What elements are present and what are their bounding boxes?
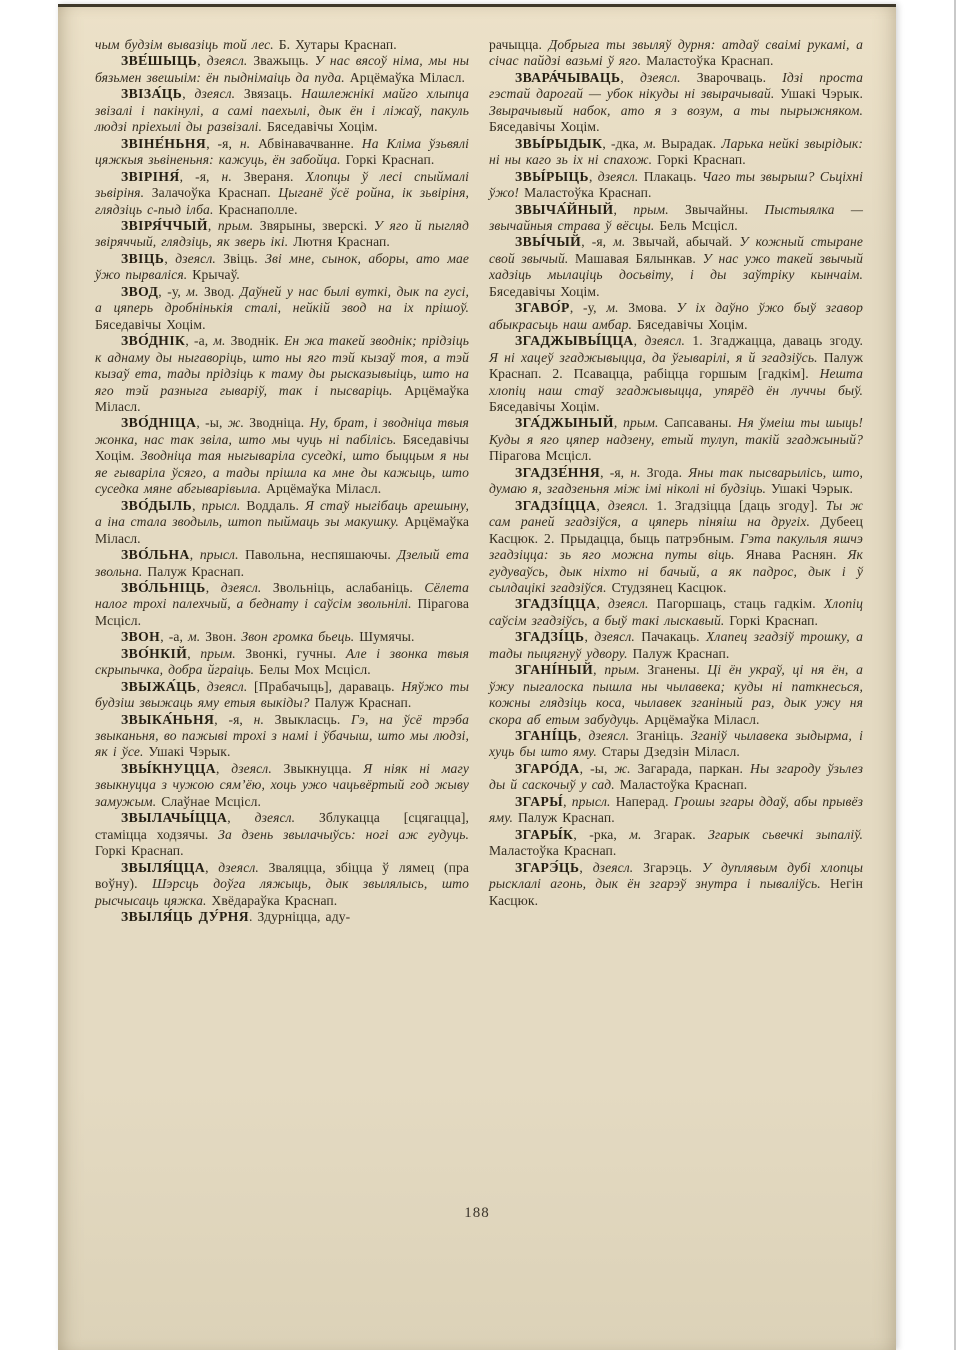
definition-text: , xyxy=(197,53,207,68)
definition-text: , xyxy=(205,860,218,875)
definition-text: Зважыць. xyxy=(247,53,314,68)
book-page: чым будзім вывазіць той лес. Б. Хутары К… xyxy=(58,4,896,1350)
example-text: дзеясл. xyxy=(608,498,649,513)
dictionary-entry: ЗВО́ДНІЦА, -ы, ж. Зводніца. Ну, брат, і … xyxy=(95,415,469,497)
example-text: прым. xyxy=(633,202,668,217)
definition-text: Горкі Краснап. xyxy=(95,843,184,858)
definition-text: Палуж Краснап. xyxy=(518,810,615,825)
definition-text: Звычай, абычай. xyxy=(625,234,739,249)
definition-text: , -дка, xyxy=(602,136,644,151)
headword: ЗВІЗА́ЦЬ xyxy=(121,86,182,101)
dictionary-entry: ЗВЫ́РЫЦЬ, дзеясл. Плакаць. Чаго ты звыры… xyxy=(489,169,863,202)
definition-text: , xyxy=(593,662,604,677)
definition-text: , xyxy=(187,646,200,661)
headword: ЗГАВО́Р xyxy=(515,300,570,315)
definition-text: Абвінавачванне. xyxy=(250,136,362,151)
dictionary-entry: ЗВО́ЛЬНА, прысл. Павольна, неспяшаючы. Д… xyxy=(95,547,469,580)
headword: ЗВІНЕ́НЬНЯ xyxy=(121,136,206,151)
headword: ЗВО́ЛЬНА xyxy=(121,547,190,562)
definition-text: Загарада, паркан. xyxy=(631,761,750,776)
definition-text: Арцёмаўка Міласл. xyxy=(350,70,465,85)
dictionary-entry: ЗВЫКА́НЬНЯ, -я, н. Звыкласць. Гэ, на ўсё… xyxy=(95,712,469,761)
definition-text: , -я, xyxy=(600,465,630,480)
definition-text: Лютня Краснап. xyxy=(293,234,390,249)
definition-text: , -а, xyxy=(160,629,188,644)
headword: ЗГАРЭ́ЦЬ xyxy=(515,860,579,875)
dictionary-entry: ЗГАРО́ДА, -ы, ж. Загарада, паркан. Ны зг… xyxy=(489,761,863,794)
definition-text: Звярыны, зверскі. xyxy=(253,218,374,233)
definition-text: , -рка, xyxy=(573,827,629,842)
definition-text: Ушакі Чэрык. xyxy=(148,744,230,759)
example-text: дзеясл. xyxy=(593,860,634,875)
example-text: дзеясл. xyxy=(221,580,262,595)
definition-text: Згарак. xyxy=(641,827,708,842)
example-text: ж. xyxy=(228,415,244,430)
definition-text: 1. Згадзіцца [даць згоду]. xyxy=(648,498,825,513)
dictionary-entry: ЗГАРЫ́, прысл. Наперад. Грошы згары ддаў… xyxy=(489,794,863,827)
example-text: дзеясл. xyxy=(640,70,681,85)
definition-text: Пачакаць. xyxy=(635,629,706,644)
definition-text: , -ы, xyxy=(580,761,615,776)
page-number: 188 xyxy=(58,1205,896,1222)
dictionary-entry: ЗГАНІ́НЫЙ, прым. Зганены. Ці ён украў, ц… xyxy=(489,662,863,728)
headword: ЗВЕ́ШЫЦЬ xyxy=(121,53,197,68)
example-text: дзеясл. xyxy=(218,860,259,875)
headword: ЗГАДЗЕ́ННЯ xyxy=(515,465,600,480)
dictionary-entry: ЗВОН, -а, м. Звон. Звон громка бьець. Шу… xyxy=(95,629,469,645)
definition-text: Вырадак. xyxy=(656,136,721,151)
definition-text: Звыкнуцца. xyxy=(272,761,363,776)
dictionary-entry: ЗВО́ДНІК, -а, м. Зводнік. Ен жа такей зв… xyxy=(95,333,469,415)
example-text: м. xyxy=(613,234,625,249)
definition-text: , xyxy=(589,169,598,184)
headword: ЗГАДЖЫВЫ́ЦЦА xyxy=(515,333,634,348)
headword: ЗВЫЛЯ́ЦЬ ДУ́РНЯ xyxy=(121,909,249,924)
definition-text: Плакаць. xyxy=(638,169,701,184)
headword: ЗВО́ЛЬНІЦЬ xyxy=(121,580,206,595)
entry-continuation: чым будзім вывазіць той лес. Б. Хутары К… xyxy=(95,37,469,53)
definition-text: Згарэць. xyxy=(633,860,702,875)
headword: ЗВЫЧА́ЙНЫЙ xyxy=(515,202,614,217)
dictionary-entry: ЗВІЦЬ, дзеясл. Звіць. Зві мне, сынок, аб… xyxy=(95,251,469,284)
definition-text: , xyxy=(614,415,623,430)
example-text: н. xyxy=(221,169,231,184)
definition-text: Белы Мох Мсцісл. xyxy=(259,662,371,677)
headword: ЗВЫЛЯ́ЦЦА xyxy=(121,860,205,875)
headword: ЗВО́ДНІЦА xyxy=(121,415,196,430)
headword: ЗВІЦЬ xyxy=(121,251,164,266)
headword: ЗВО́НКІЙ xyxy=(121,646,187,661)
example-text: Я ні хацеў згаджывыцца, да ўгыварілі, я … xyxy=(489,350,824,365)
definition-text: Бяседавічы Хоцім. xyxy=(489,119,600,134)
example-text: прысл. xyxy=(200,547,239,562)
dictionary-entry: ЗВЫ́РЫДЫК, -дка, м. Вырадак. Ларька нейк… xyxy=(489,136,863,169)
example-text: м. xyxy=(213,333,225,348)
headword: ЗГАДЗІ́ЦЦА xyxy=(515,596,596,611)
definition-text: Звіць. xyxy=(216,251,265,266)
definition-text: Б. Хутары Краснап. xyxy=(279,37,397,52)
definition-text: , xyxy=(634,333,645,348)
example-text: дзеясл. xyxy=(598,169,639,184)
definition-text: , xyxy=(614,202,634,217)
entry-continuation: рачыцца. Добрыга ты звыляў дурня: атдаў … xyxy=(489,37,863,70)
definition-text: Зводнік. xyxy=(226,333,284,348)
definition-text: , xyxy=(190,547,200,562)
dictionary-entry: ЗВІРІНЯ́, -я, н. Звераня. Хлопцы ў лесі … xyxy=(95,169,469,218)
headword: ЗГАРЫ́ xyxy=(515,794,563,809)
definition-text: , xyxy=(206,580,221,595)
definition-text: , xyxy=(182,86,194,101)
definition-text: [Прабачыць], дараваць. xyxy=(247,679,401,694)
example-text: Звырачывый набок, ато я з возум, а ты пы… xyxy=(489,103,863,118)
text-columns: чым будзім вывазіць той лес. Б. Хутары К… xyxy=(95,37,863,925)
dictionary-entry: ЗВЫЧА́ЙНЫЙ, прым. Звычайны. Пыстыялка — … xyxy=(489,202,863,235)
definition-text: Звязаць. xyxy=(235,86,301,101)
headword: ЗВО́ДНІК xyxy=(121,333,185,348)
dictionary-entry: ЗВЫЛАЧЫ́ЦЦА, дзеясл. Зблукацца [сцягацца… xyxy=(95,810,469,859)
definition-text: , xyxy=(216,761,231,776)
headword: ЗГАНІ́ЦЬ xyxy=(515,728,578,743)
example-text: прысл. xyxy=(202,498,241,513)
definition-text: , xyxy=(620,70,640,85)
example-text: дзеясл. xyxy=(195,86,236,101)
example-text: Звон громка бьець. xyxy=(241,629,359,644)
definition-text: Звонкі, гучны. xyxy=(236,646,346,661)
headword: ЗВІРІНЯ́ xyxy=(121,169,180,184)
headword: ЗГАРЫ́К xyxy=(515,827,573,842)
definition-text: Зганіць. xyxy=(629,728,691,743)
definition-text: Зварочваць. xyxy=(681,70,783,85)
scanner-edge-line xyxy=(954,0,956,1350)
dictionary-entry: ЗГА́ДЖЫНЫЙ, прым. Сапсаваны. Ня ўмеіш ты… xyxy=(489,415,863,464)
example-text: м. xyxy=(629,827,641,842)
example-text: За дзень звылачыўсь: ногі аж гудуць. xyxy=(218,827,469,842)
definition-text: , -я, xyxy=(214,712,253,727)
definition-text: Хвёдараўка Краснап. xyxy=(211,893,337,908)
dictionary-entry: ЗГАВО́Р, -у, м. Змова. У іх даўно ўжо бы… xyxy=(489,300,863,333)
definition-text: Бель Мсцісл. xyxy=(659,218,737,233)
definition-text: Наперад. xyxy=(611,794,674,809)
dictionary-entry: ЗВЫ́КНУЦЦА, дзеясл. Звыкнуцца. Я ніяк ні… xyxy=(95,761,469,810)
headword: ЗВАРА́ЧЫВАЦЬ xyxy=(515,70,620,85)
example-text: прым. xyxy=(218,218,253,233)
dictionary-entry: ЗВО́НКІЙ, прым. Звонкі, гучны. Але і зво… xyxy=(95,646,469,679)
definition-text: Бяседавічы Хоцім. xyxy=(489,399,600,414)
dictionary-entry: ЗВОД, -у, м. Звод. Даўней у нас былі вут… xyxy=(95,284,469,333)
definition-text: , xyxy=(579,860,592,875)
definition-text: Павольна, неспяшаючы. xyxy=(239,547,398,562)
example-text: м. xyxy=(644,136,656,151)
example-text: ж. xyxy=(614,761,630,776)
headword: ЗВЫЖА́ЦЬ xyxy=(121,679,197,694)
headword: ЗГАНІ́НЫЙ xyxy=(515,662,593,677)
example-text: дзеясл. xyxy=(207,679,248,694)
definition-text: Палуж Краснап. xyxy=(147,564,244,579)
right-column: рачыцца. Добрыга ты звыляў дурня: атдаў … xyxy=(489,37,863,925)
example-text: Згарык сьвечкі зыпаліў. xyxy=(708,827,863,842)
definition-text: , xyxy=(596,596,608,611)
dictionary-entry: ЗГАРЭ́ЦЬ, дзеясл. Згарэць. У дуплявым ду… xyxy=(489,860,863,909)
definition-text: Зганены. xyxy=(640,662,708,677)
definition-text: Згода. xyxy=(641,465,689,480)
dictionary-entry: ЗВІРЯ́ЧЧЫЙ, прым. Звярыны, зверскі. У яг… xyxy=(95,218,469,251)
headword: ЗВЫЛАЧЫ́ЦЦА xyxy=(121,810,227,825)
example-text: м. xyxy=(606,300,618,315)
definition-text: Арцёмаўка Міласл. xyxy=(266,481,381,496)
definition-text: Краснаполле. xyxy=(218,202,297,217)
definition-text: , -у, xyxy=(158,284,186,299)
dictionary-entry: ЗВЫЖА́ЦЬ, дзеясл. [Прабачыць], дараваць.… xyxy=(95,679,469,712)
example-text: дзеясл. xyxy=(255,810,296,825)
definition-text: Пагоршаць, стаць гадкім. xyxy=(649,596,824,611)
definition-text: , -я, xyxy=(581,234,613,249)
headword: ЗВЫ́РЫЦЬ xyxy=(515,169,589,184)
definition-text: Бяседавічы Хоцім. xyxy=(95,317,206,332)
headword: ЗГАДЗІ́ЦЦА xyxy=(515,498,596,513)
definition-text: , -ы, xyxy=(196,415,227,430)
definition-text: Звераня. xyxy=(232,169,306,184)
definition-text: Шумячы. xyxy=(359,629,414,644)
left-column: чым будзім вывазіць той лес. Б. Хутары К… xyxy=(95,37,469,925)
definition-text: Горкі Краснап. xyxy=(657,152,746,167)
definition-text: Воддаль. xyxy=(240,498,305,513)
definition-text: 1. Згаджацца, даваць згоду. xyxy=(685,333,863,348)
headword: ЗВІРЯ́ЧЧЫЙ xyxy=(121,218,208,233)
definition-text: Студзянец Касцюк. xyxy=(612,580,727,595)
example-text: дзеясл. xyxy=(594,629,635,644)
dictionary-entry: ЗВІНЕ́НЬНЯ, -я, н. Абвінавачванне. На Кл… xyxy=(95,136,469,169)
definition-text: , -я, xyxy=(180,169,222,184)
definition-text: , xyxy=(584,629,594,644)
headword: ЗВЫКА́НЬНЯ xyxy=(121,712,214,727)
definition-text: Палуж Краснап. xyxy=(315,695,412,710)
definition-text: Машавая Бялынкав. xyxy=(575,251,703,266)
definition-text: Янава Раснян. xyxy=(746,547,848,562)
definition-text: , xyxy=(563,794,572,809)
headword: ЗГАРО́ДА xyxy=(515,761,580,776)
dictionary-entry: ЗВО́ЛЬНІЦЬ, дзеясл. Звольніць, аслабаніц… xyxy=(95,580,469,629)
dictionary-entry: ЗГАНІ́ЦЬ, дзеясл. Зганіць. Зганіў чылаве… xyxy=(489,728,863,761)
definition-text: , xyxy=(192,498,201,513)
definition-text: Маластоўка Краснап. xyxy=(489,843,616,858)
dictionary-entry: ЗВО́ДЫЛЬ, прысл. Воддаль. Я стаў ныгібац… xyxy=(95,498,469,547)
definition-text: , -у, xyxy=(570,300,607,315)
example-text: м. xyxy=(188,629,200,644)
example-text: дзеясл. xyxy=(207,53,248,68)
dictionary-entry: ЗГАРЫ́К, -рка, м. Згарак. Згарык сьвечкі… xyxy=(489,827,863,860)
definition-text: Бяседавічы Хоцім. xyxy=(267,119,378,134)
example-text: прым. xyxy=(623,415,658,430)
example-text: дзеясл. xyxy=(608,596,649,611)
definition-text: рачыцца. xyxy=(489,37,549,52)
definition-text: Залачоўка Краснап. xyxy=(152,185,279,200)
definition-text: , xyxy=(578,728,589,743)
example-text: н. xyxy=(630,465,640,480)
example-text: прым. xyxy=(604,662,639,677)
definition-text: Бяседавічы Хоцім. xyxy=(489,284,600,299)
scanned-dictionary-page: { "page": { "number": "188" }, "colors":… xyxy=(0,0,960,1350)
headword: ЗВОН xyxy=(121,629,160,644)
dictionary-entry: ЗВЫ́ЧЫЙ, -я, м. Звычай, абычай. У кожный… xyxy=(489,234,863,300)
dictionary-entry: ЗГАДЗІ́ЦЦА, дзеясл. Пагоршаць, стаць гад… xyxy=(489,596,863,629)
headword: ЗГАДЗІ́ЦЬ xyxy=(515,629,584,644)
definition-text: , -я, xyxy=(206,136,240,151)
definition-text: Маластоўка Краснап. xyxy=(524,185,651,200)
example-text: прысл. xyxy=(572,794,611,809)
definition-text: Горкі Краснап. xyxy=(346,152,435,167)
dictionary-entry: ЗГАДЖЫВЫ́ЦЦА, дзеясл. 1. Згаджацца, дава… xyxy=(489,333,863,415)
definition-text: , xyxy=(208,218,218,233)
dictionary-entry: ЗВАРА́ЧЫВАЦЬ, дзеясл. Зварочваць. Ідзі п… xyxy=(489,70,863,136)
definition-text: Зводніца. xyxy=(244,415,310,430)
headword: ЗВО́ДЫЛЬ xyxy=(121,498,192,513)
definition-text: , xyxy=(596,498,608,513)
definition-text: Змова. xyxy=(619,300,677,315)
example-text: м. xyxy=(186,284,198,299)
definition-text: Маластоўка Краснап. xyxy=(620,777,747,792)
definition-text: Звод. xyxy=(199,284,240,299)
definition-text: Палуж Краснап. xyxy=(633,646,730,661)
definition-text: Сапсаваны. xyxy=(658,415,737,430)
definition-text: , -а, xyxy=(185,333,213,348)
dictionary-entry: ЗГАДЗІ́ЦЦА, дзеясл. 1. Згадзіцца [даць з… xyxy=(489,498,863,597)
definition-text: Звычайны. xyxy=(669,202,765,217)
definition-text: . Здурніцца, аду- xyxy=(249,909,350,924)
definition-text: , xyxy=(197,679,207,694)
example-text: н. xyxy=(254,712,264,727)
example-text: прым. xyxy=(200,646,235,661)
headword: ЗВОД xyxy=(121,284,158,299)
headword: ЗВЫ́ЧЫЙ xyxy=(515,234,581,249)
example-text: дзеясл. xyxy=(175,251,216,266)
headword: ЗВЫ́РЫДЫК xyxy=(515,136,602,151)
headword: ЗВЫ́КНУЦЦА xyxy=(121,761,216,776)
definition-text: Ушакі Чэрык. xyxy=(780,86,863,101)
definition-text: Маластоўка Краснап. xyxy=(646,53,773,68)
dictionary-entry: ЗГАДЗІ́ЦЬ, дзеясл. Пачакаць. Хлапец згад… xyxy=(489,629,863,662)
example-text: н. xyxy=(240,136,250,151)
definition-text: Пірагова Мсцісл. xyxy=(489,448,592,463)
definition-text: Арцёмаўка Міласл. xyxy=(644,712,759,727)
definition-text: Слаўнае Мсцісл. xyxy=(161,794,261,809)
headword: ЗГА́ДЖЫНЫЙ xyxy=(515,415,614,430)
definition-text: Горкі Краснап. xyxy=(729,613,818,628)
example-text: чым будзім вывазіць той лес. xyxy=(95,37,279,52)
definition-text: Стары Дзедзін Міласл. xyxy=(602,744,740,759)
definition-text: , xyxy=(164,251,175,266)
definition-text: Звыкласць. xyxy=(264,712,351,727)
definition-text: Ушакі Чэрык. xyxy=(771,481,853,496)
dictionary-entry: ЗВЫЛЯ́ЦЬ ДУ́РНЯ. Здурніцца, аду- xyxy=(95,909,469,925)
dictionary-entry: ЗВЫЛЯ́ЦЦА, дзеясл. Зваляцца, збіцца ў ля… xyxy=(95,860,469,909)
dictionary-entry: ЗВІЗА́ЦЬ, дзеясл. Звязаць. Нашлежнікі ма… xyxy=(95,86,469,135)
dictionary-entry: ЗГАДЗЕ́ННЯ, -я, н. Згода. Яны так пысвар… xyxy=(489,465,863,498)
dictionary-entry: ЗВЕ́ШЫЦЬ, дзеясл. Зважыць. У нас вясоў н… xyxy=(95,53,469,86)
example-text: дзеясл. xyxy=(589,728,630,743)
example-text: дзеясл. xyxy=(231,761,272,776)
definition-text: Бяседавічы Хоцім. xyxy=(637,317,748,332)
definition-text: Звольніць, аслабаніць. xyxy=(261,580,424,595)
definition-text: Звон. xyxy=(200,629,241,644)
definition-text: , xyxy=(227,810,254,825)
definition-text: Крычаў. xyxy=(192,267,239,282)
example-text: дзеясл. xyxy=(644,333,685,348)
